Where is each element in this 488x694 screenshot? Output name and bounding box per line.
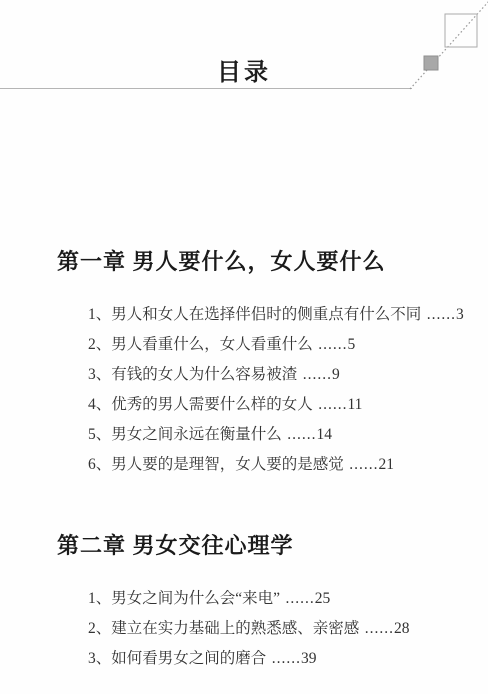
toc-page-number: 25 xyxy=(315,590,331,607)
toc-item-label: 1、男人和女人在选择伴侣时的侧重点有什么不同 xyxy=(88,306,421,323)
toc-page-number: 9 xyxy=(332,366,340,383)
dot-leader: ...... xyxy=(427,306,456,323)
chapter-1-toc-list: 1、男人和女人在选择伴侣时的侧重点有什么不同......3 2、男人看重什么，女… xyxy=(88,300,468,480)
corner-ornament-icon xyxy=(408,0,488,94)
dot-leader: ...... xyxy=(349,456,378,473)
toc-item: 4、优秀的男人需要什么样的女人......11 xyxy=(88,390,468,420)
toc-item: 3、如何看男女之间的磨合......39 xyxy=(88,644,468,674)
toc-page-number: 5 xyxy=(347,336,355,353)
toc-item: 2、建立在实力基础上的熟悉感、亲密感......28 xyxy=(88,614,468,644)
toc-item-label: 2、建立在实力基础上的熟悉感、亲密感 xyxy=(88,620,359,637)
toc-item: 1、男人和女人在选择伴侣时的侧重点有什么不同......3 xyxy=(88,300,468,330)
toc-page-number: 28 xyxy=(394,620,410,637)
dot-leader: ...... xyxy=(318,396,347,413)
toc-item-label: 4、优秀的男人需要什么样的女人 xyxy=(88,396,313,413)
header-rule xyxy=(0,88,412,89)
toc-item: 2、男人看重什么，女人看重什么......5 xyxy=(88,330,468,360)
toc-page: 目录 第一章 男人要什么，女人要什么 1、男人和女人在选择伴侣时的侧重点有什么不… xyxy=(0,0,488,694)
toc-item: 6、男人要的是理智，女人要的是感觉......21 xyxy=(88,450,468,480)
toc-item-label: 5、男女之间永远在衡量什么 xyxy=(88,426,282,443)
toc-item-label: 6、男人要的是理智，女人要的是感觉 xyxy=(88,456,344,473)
toc-item-label: 3、如何看男女之间的磨合 xyxy=(88,650,266,667)
dot-leader: ...... xyxy=(272,650,301,667)
toc-item-label: 2、男人看重什么，女人看重什么 xyxy=(88,336,313,353)
toc-item: 3、有钱的女人为什么容易被渣......9 xyxy=(88,360,468,390)
toc-page-number: 14 xyxy=(316,426,332,443)
chapter-2-title: 第二章 男女交往心理学 xyxy=(57,529,294,560)
toc-item-label: 3、有钱的女人为什么容易被渣 xyxy=(88,366,297,383)
dot-leader: ...... xyxy=(303,366,332,383)
toc-page-number: 39 xyxy=(301,650,317,667)
dot-leader: ...... xyxy=(365,620,394,637)
chapter-1-title: 第一章 男人要什么，女人要什么 xyxy=(57,245,386,276)
toc-page-number: 21 xyxy=(378,456,394,473)
dot-leader: ...... xyxy=(318,336,347,353)
chapter-2-toc-list: 1、男女之间为什么会“来电”......25 2、建立在实力基础上的熟悉感、亲密… xyxy=(88,584,468,674)
toc-item: 5、男女之间永远在衡量什么......14 xyxy=(88,420,468,450)
toc-page-number: 11 xyxy=(347,396,362,413)
dot-leader: ...... xyxy=(285,590,314,607)
toc-item-label: 1、男女之间为什么会“来电” xyxy=(88,590,280,607)
toc-page-number: 3 xyxy=(456,306,464,323)
toc-item: 1、男女之间为什么会“来电”......25 xyxy=(88,584,468,614)
dot-leader: ...... xyxy=(287,426,316,443)
